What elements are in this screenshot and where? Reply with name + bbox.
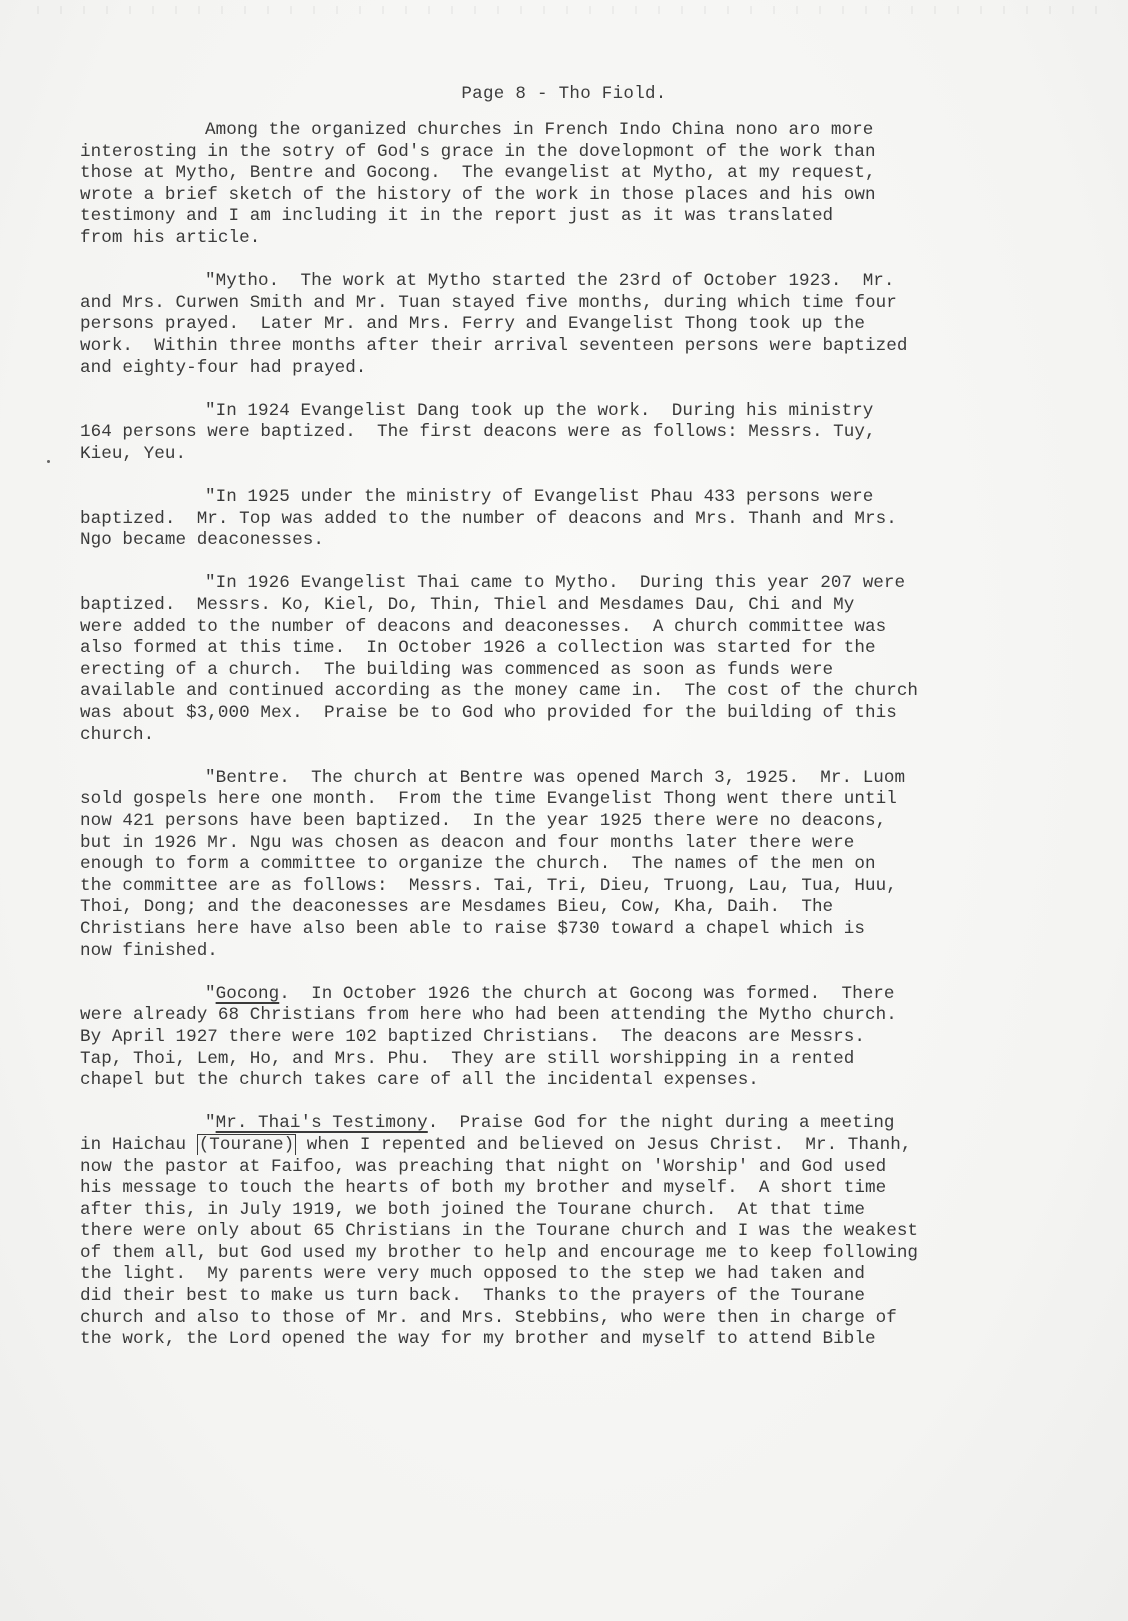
- text-line: there were only about 65 Christians in t…: [80, 1221, 1080, 1243]
- text-line: available and continued according as the…: [80, 681, 1080, 703]
- paragraph-1924: "In 1924 Evangelist Dang took up the wor…: [80, 401, 1080, 466]
- text-line: Thoi, Dong; and the deaconesses are Mesd…: [80, 897, 1080, 919]
- text-line: now 421 persons have been baptized. In t…: [80, 811, 1080, 833]
- text-line: "In 1926 Evangelist Thai came to Mytho. …: [80, 573, 1080, 595]
- text-line: chapel but the church takes care of all …: [80, 1070, 1080, 1092]
- text-line: the light. My parents were very much opp…: [80, 1264, 1080, 1286]
- text-line: church and also to those of Mr. and Mrs.…: [80, 1308, 1080, 1330]
- text-line: "In 1924 Evangelist Dang took up the wor…: [80, 401, 1080, 423]
- paragraph-1926: "In 1926 Evangelist Thai came to Mytho. …: [80, 573, 1080, 746]
- text-line: "Mr. Thai's Testimony. Praise God for th…: [80, 1113, 1080, 1135]
- text-line: "Mytho. The work at Mytho started the 23…: [80, 271, 1080, 293]
- text-line: of them all, but God used my brother to …: [80, 1243, 1080, 1265]
- text-line: enough to form a committee to organize t…: [80, 854, 1080, 876]
- text-line: testimony and I am including it in the r…: [80, 206, 1080, 228]
- document-page: Page 8 - Tho Fiold. Among the organized …: [0, 0, 1128, 1621]
- text-line: were already 68 Christians from here who…: [80, 1005, 1080, 1027]
- section-heading: Gocong: [216, 984, 280, 1004]
- page-title: Page 8 - Tho Fiold.: [0, 84, 1128, 104]
- text-line: and Mrs. Curwen Smith and Mr. Tuan staye…: [80, 293, 1080, 315]
- text-line: now the pastor at Faifoo, was preaching …: [80, 1157, 1080, 1179]
- text-line: the committee are as follows: Messrs. Ta…: [80, 876, 1080, 898]
- text-line: from his article.: [80, 228, 1080, 250]
- text-line: persons prayed. Later Mr. and Mrs. Ferry…: [80, 314, 1080, 336]
- section-heading: Mr. Thai's Testimony: [216, 1113, 428, 1133]
- text-line: sold gospels here one month. From the ti…: [80, 789, 1080, 811]
- text-line: baptized. Mr. Top was added to the numbe…: [80, 509, 1080, 531]
- text-line: but in 1926 Mr. Ngu was chosen as deacon…: [80, 833, 1080, 855]
- text-line: Kieu, Yeu.: [80, 444, 1080, 466]
- text-line: baptized. Messrs. Ko, Kiel, Do, Thin, Th…: [80, 595, 1080, 617]
- text-line: those at Mytho, Bentre and Gocong. The e…: [80, 163, 1080, 185]
- text-line: Among the organized churches in French I…: [80, 120, 1080, 142]
- text-line: "Gocong. In October 1926 the church at G…: [80, 984, 1080, 1006]
- text-line: after this, in July 1919, we both joined…: [80, 1200, 1080, 1222]
- text-line: were added to the number of deacons and …: [80, 617, 1080, 639]
- paragraph-intro: Among the organized churches in French I…: [80, 120, 1080, 250]
- text-line: "Bentre. The church at Bentre was opened…: [80, 768, 1080, 790]
- text-line: work. Within three months after their ar…: [80, 336, 1080, 358]
- text-line: erecting of a church. The building was c…: [80, 660, 1080, 682]
- paragraph-1925: "In 1925 under the ministry of Evangelis…: [80, 487, 1080, 552]
- bracketed-annotation: (Tourane): [197, 1134, 296, 1155]
- text-line: did their best to make us turn back. Tha…: [80, 1286, 1080, 1308]
- text-line: Christians here have also been able to r…: [80, 919, 1080, 941]
- text-line: Tap, Thoi, Lem, Ho, and Mrs. Phu. They a…: [80, 1049, 1080, 1071]
- text-line: also formed at this time. In October 192…: [80, 638, 1080, 660]
- text-line: wrote a brief sketch of the history of t…: [80, 185, 1080, 207]
- text-line: in Haichau (Tourane) when I repented and…: [80, 1135, 1080, 1157]
- document-body: Among the organized churches in French I…: [80, 120, 1080, 1372]
- text-line: now finished.: [80, 941, 1080, 963]
- text-line: 164 persons were baptized. The first dea…: [80, 422, 1080, 444]
- paragraph-bentre: "Bentre. The church at Bentre was opened…: [80, 768, 1080, 962]
- paragraph-mytho: "Mytho. The work at Mytho started the 23…: [80, 271, 1080, 379]
- scan-artifact: [30, 6, 1098, 14]
- text-line: Ngo became deaconesses.: [80, 530, 1080, 552]
- paragraph-testimony: "Mr. Thai's Testimony. Praise God for th…: [80, 1113, 1080, 1351]
- text-line: his message to touch the hearts of both …: [80, 1178, 1080, 1200]
- text-line: interosting in the sotry of God's grace …: [80, 142, 1080, 164]
- text-line: the work, the Lord opened the way for my…: [80, 1329, 1080, 1351]
- text-line: was about $3,000 Mex. Praise be to God w…: [80, 703, 1080, 725]
- text-line: and eighty-four had prayed.: [80, 358, 1080, 380]
- text-line: "In 1925 under the ministry of Evangelis…: [80, 487, 1080, 509]
- text-line: By April 1927 there were 102 baptized Ch…: [80, 1027, 1080, 1049]
- text-line: church.: [80, 725, 1080, 747]
- paragraph-gocong: "Gocong. In October 1926 the church at G…: [80, 984, 1080, 1092]
- margin-mark: [47, 460, 50, 463]
